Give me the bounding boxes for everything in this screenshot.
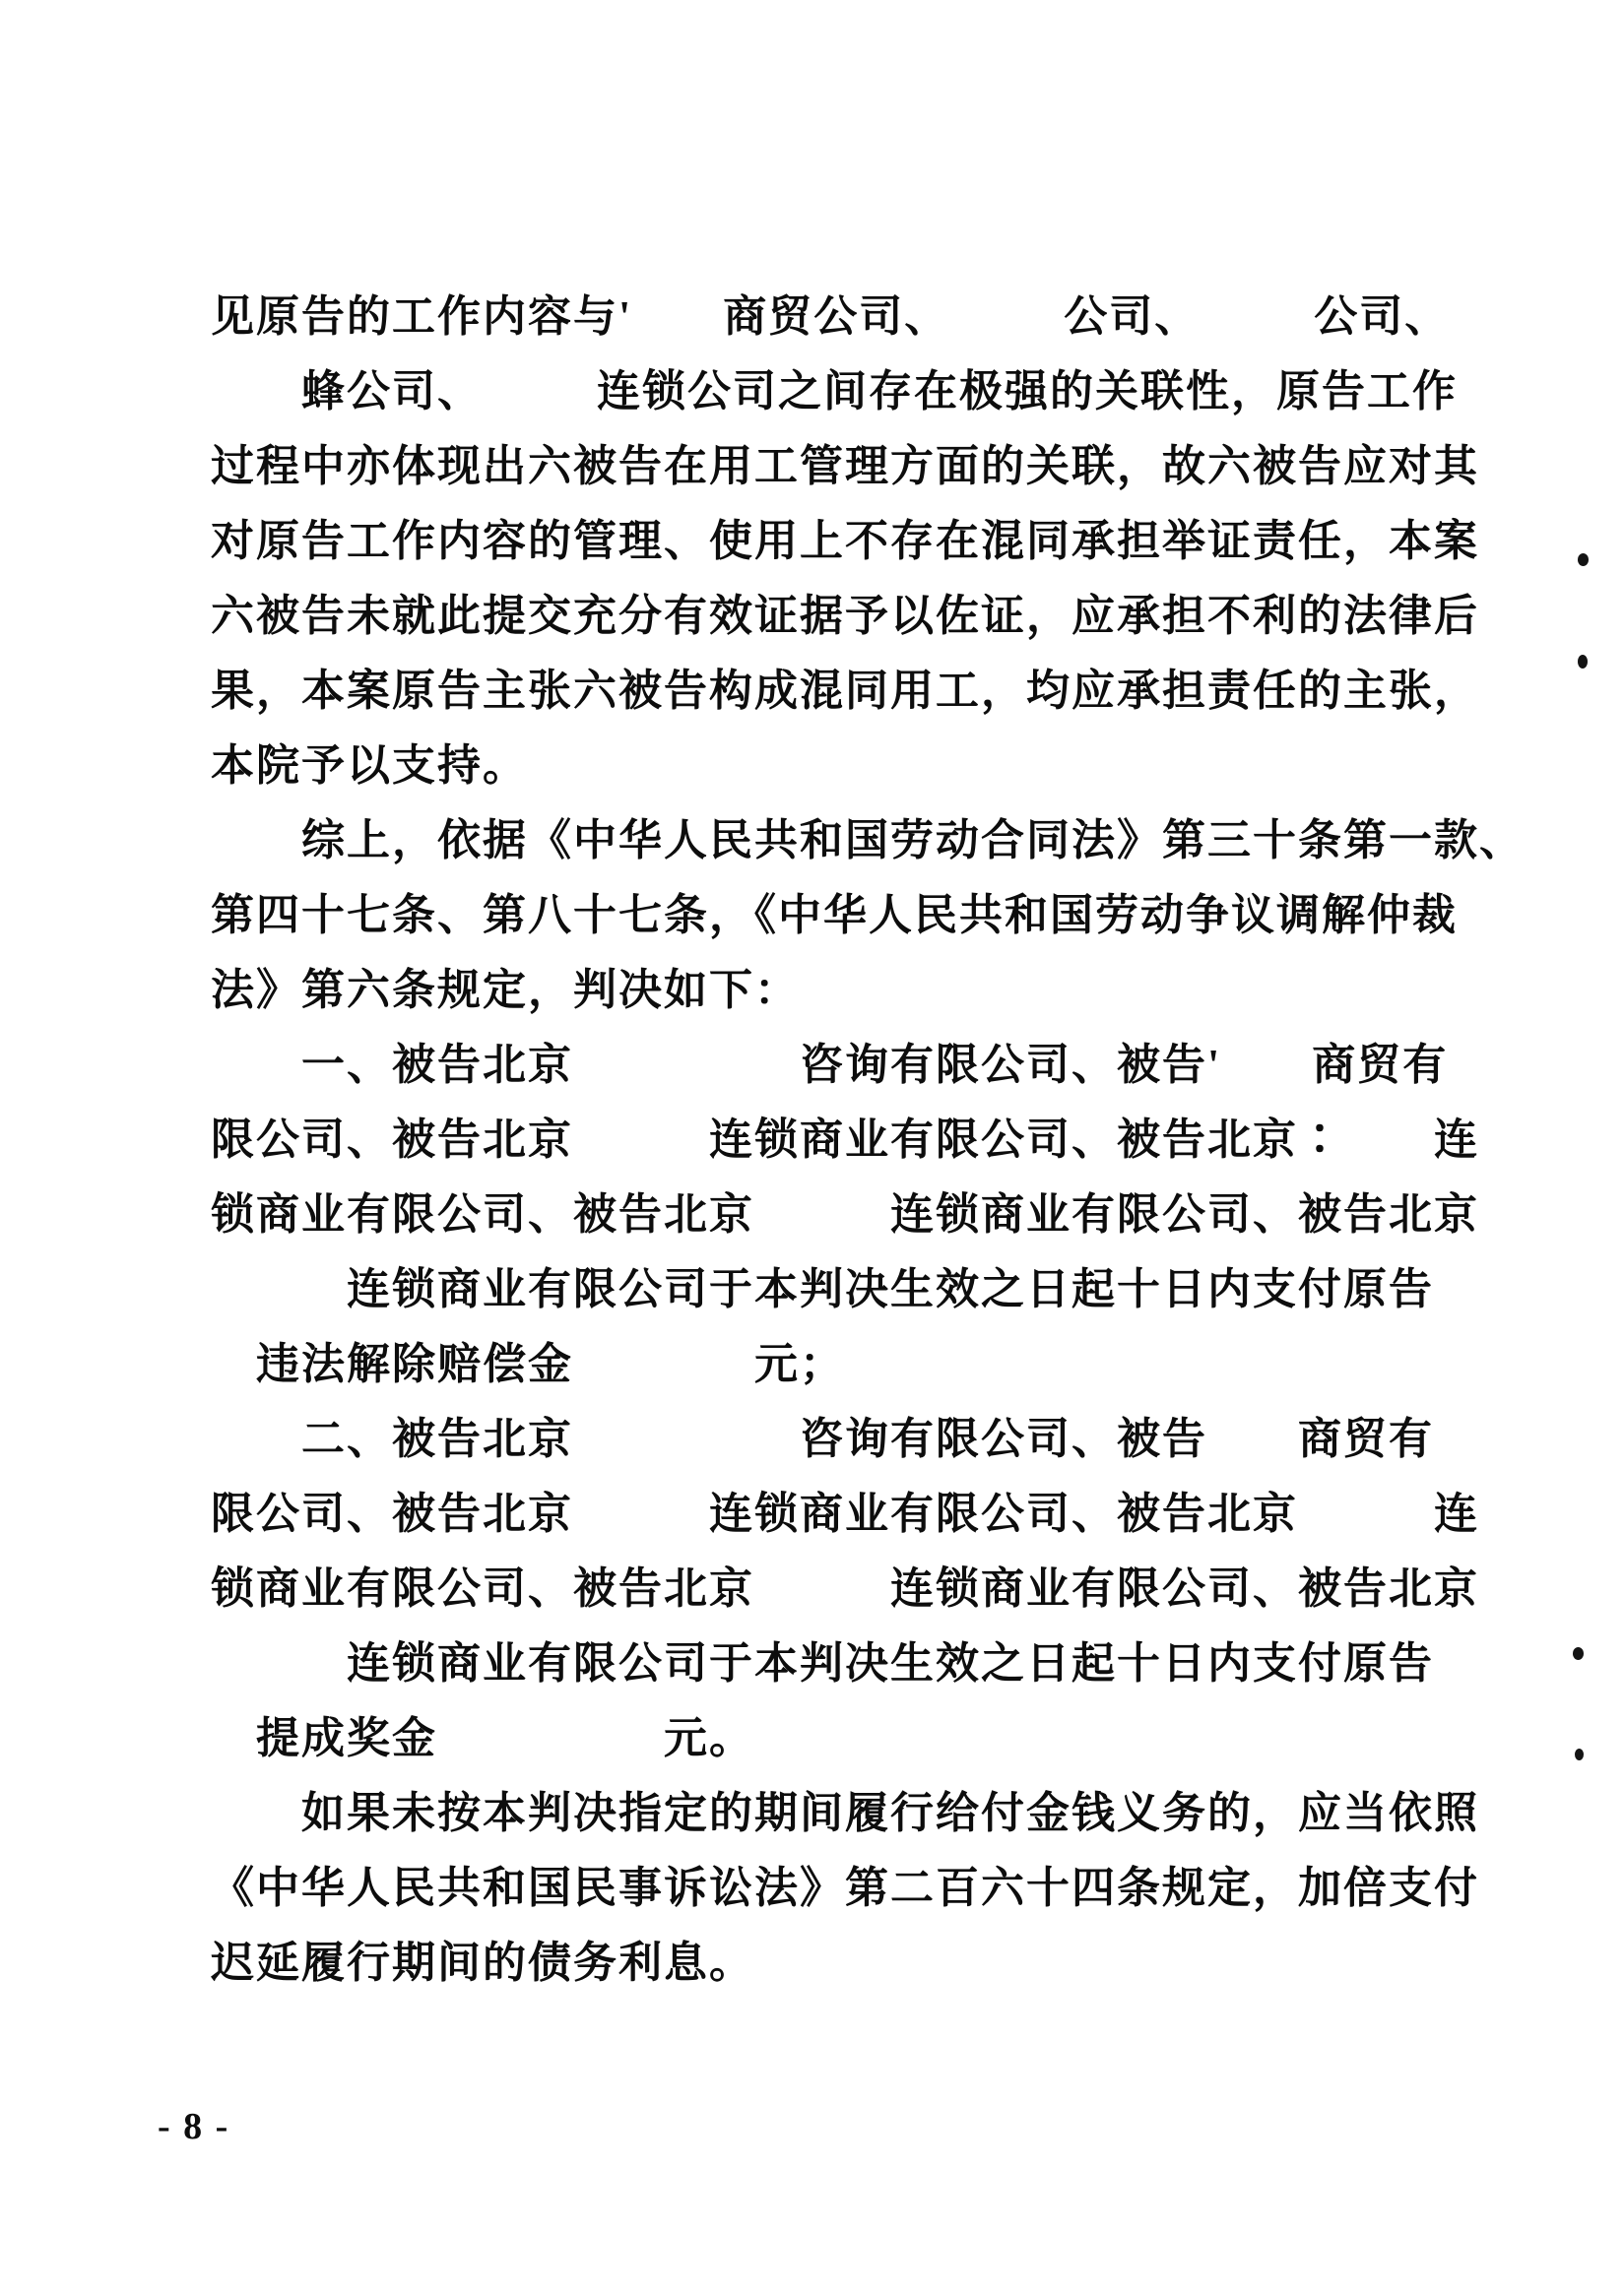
text-line: 违法解除赔偿金 元； — [211, 1327, 1550, 1402]
text-line: 综上，依据《中华人民共和国劳动合同法》第三十条第一款、 — [211, 803, 1550, 878]
text-line: 法》第六条规定，判决如下： — [211, 953, 1550, 1028]
text-line: 一、被告北京 咨询有限公司、被告' 商贸有 — [211, 1028, 1550, 1103]
scan-artifact-dot — [1578, 655, 1588, 669]
judgment-body-text: 见原告的工作内容与' 商贸公司、 公司、 公司、 蜂公司、 连锁公司之间存在极强… — [211, 280, 1550, 2001]
text-line: 连锁商业有限公司于本判决生效之日起十日内支付原告 — [211, 1626, 1550, 1701]
text-line: 见原告的工作内容与' 商贸公司、 公司、 公司、 — [211, 280, 1550, 354]
text-line: 六被告未就此提交充分有效证据予以佐证，应承担不利的法律后 — [211, 579, 1550, 654]
text-line: 本院予以支持。 — [211, 729, 1550, 803]
scanned-judgment-page: 见原告的工作内容与' 商贸公司、 公司、 公司、 蜂公司、 连锁公司之间存在极强… — [0, 0, 1624, 2296]
text-line: 果，本案原告主张六被告构成混同用工，均应承担责任的主张， — [211, 654, 1550, 729]
text-line: 《中华人民共和国民事诉讼法》第二百六十四条规定，加倍支付 — [211, 1851, 1550, 1926]
page-number: - 8 - — [158, 2102, 229, 2151]
text-line: 如果未按本判决指定的期间履行给付金钱义务的，应当依照 — [211, 1776, 1550, 1851]
text-line: 锁商业有限公司、被告北京 连锁商业有限公司、被告北京 — [211, 1552, 1550, 1626]
scan-artifact-dot — [1573, 1647, 1584, 1660]
text-line: 限公司、被告北京 连锁商业有限公司、被告北京 连 — [211, 1477, 1550, 1552]
text-line: 二、被告北京 咨询有限公司、被告 商贸有 — [211, 1402, 1550, 1477]
text-line: 过程中亦体现出六被告在用工管理方面的关联，故六被告应对其 — [211, 429, 1550, 504]
text-line: 对原告工作内容的管理、使用上不存在混同承担举证责任，本案 — [211, 504, 1550, 579]
scan-artifact-dot — [1578, 553, 1589, 566]
text-line: 限公司、被告北京 连锁商业有限公司、被告北京∶ 连 — [211, 1103, 1550, 1178]
text-line: 连锁商业有限公司于本判决生效之日起十日内支付原告 — [211, 1252, 1550, 1327]
text-line: 锁商业有限公司、被告北京 连锁商业有限公司、被告北京 — [211, 1178, 1550, 1252]
text-line: 提成奖金 元。 — [211, 1701, 1550, 1776]
scan-artifact-dot — [1575, 1749, 1584, 1760]
text-line: 第四十七条、第八十七条，《中华人民共和国劳动争议调解仲裁 — [211, 878, 1550, 953]
text-line: 迟延履行期间的债务利息。 — [211, 1926, 1550, 2001]
text-line: 蜂公司、 连锁公司之间存在极强的关联性，原告工作 — [211, 354, 1550, 429]
